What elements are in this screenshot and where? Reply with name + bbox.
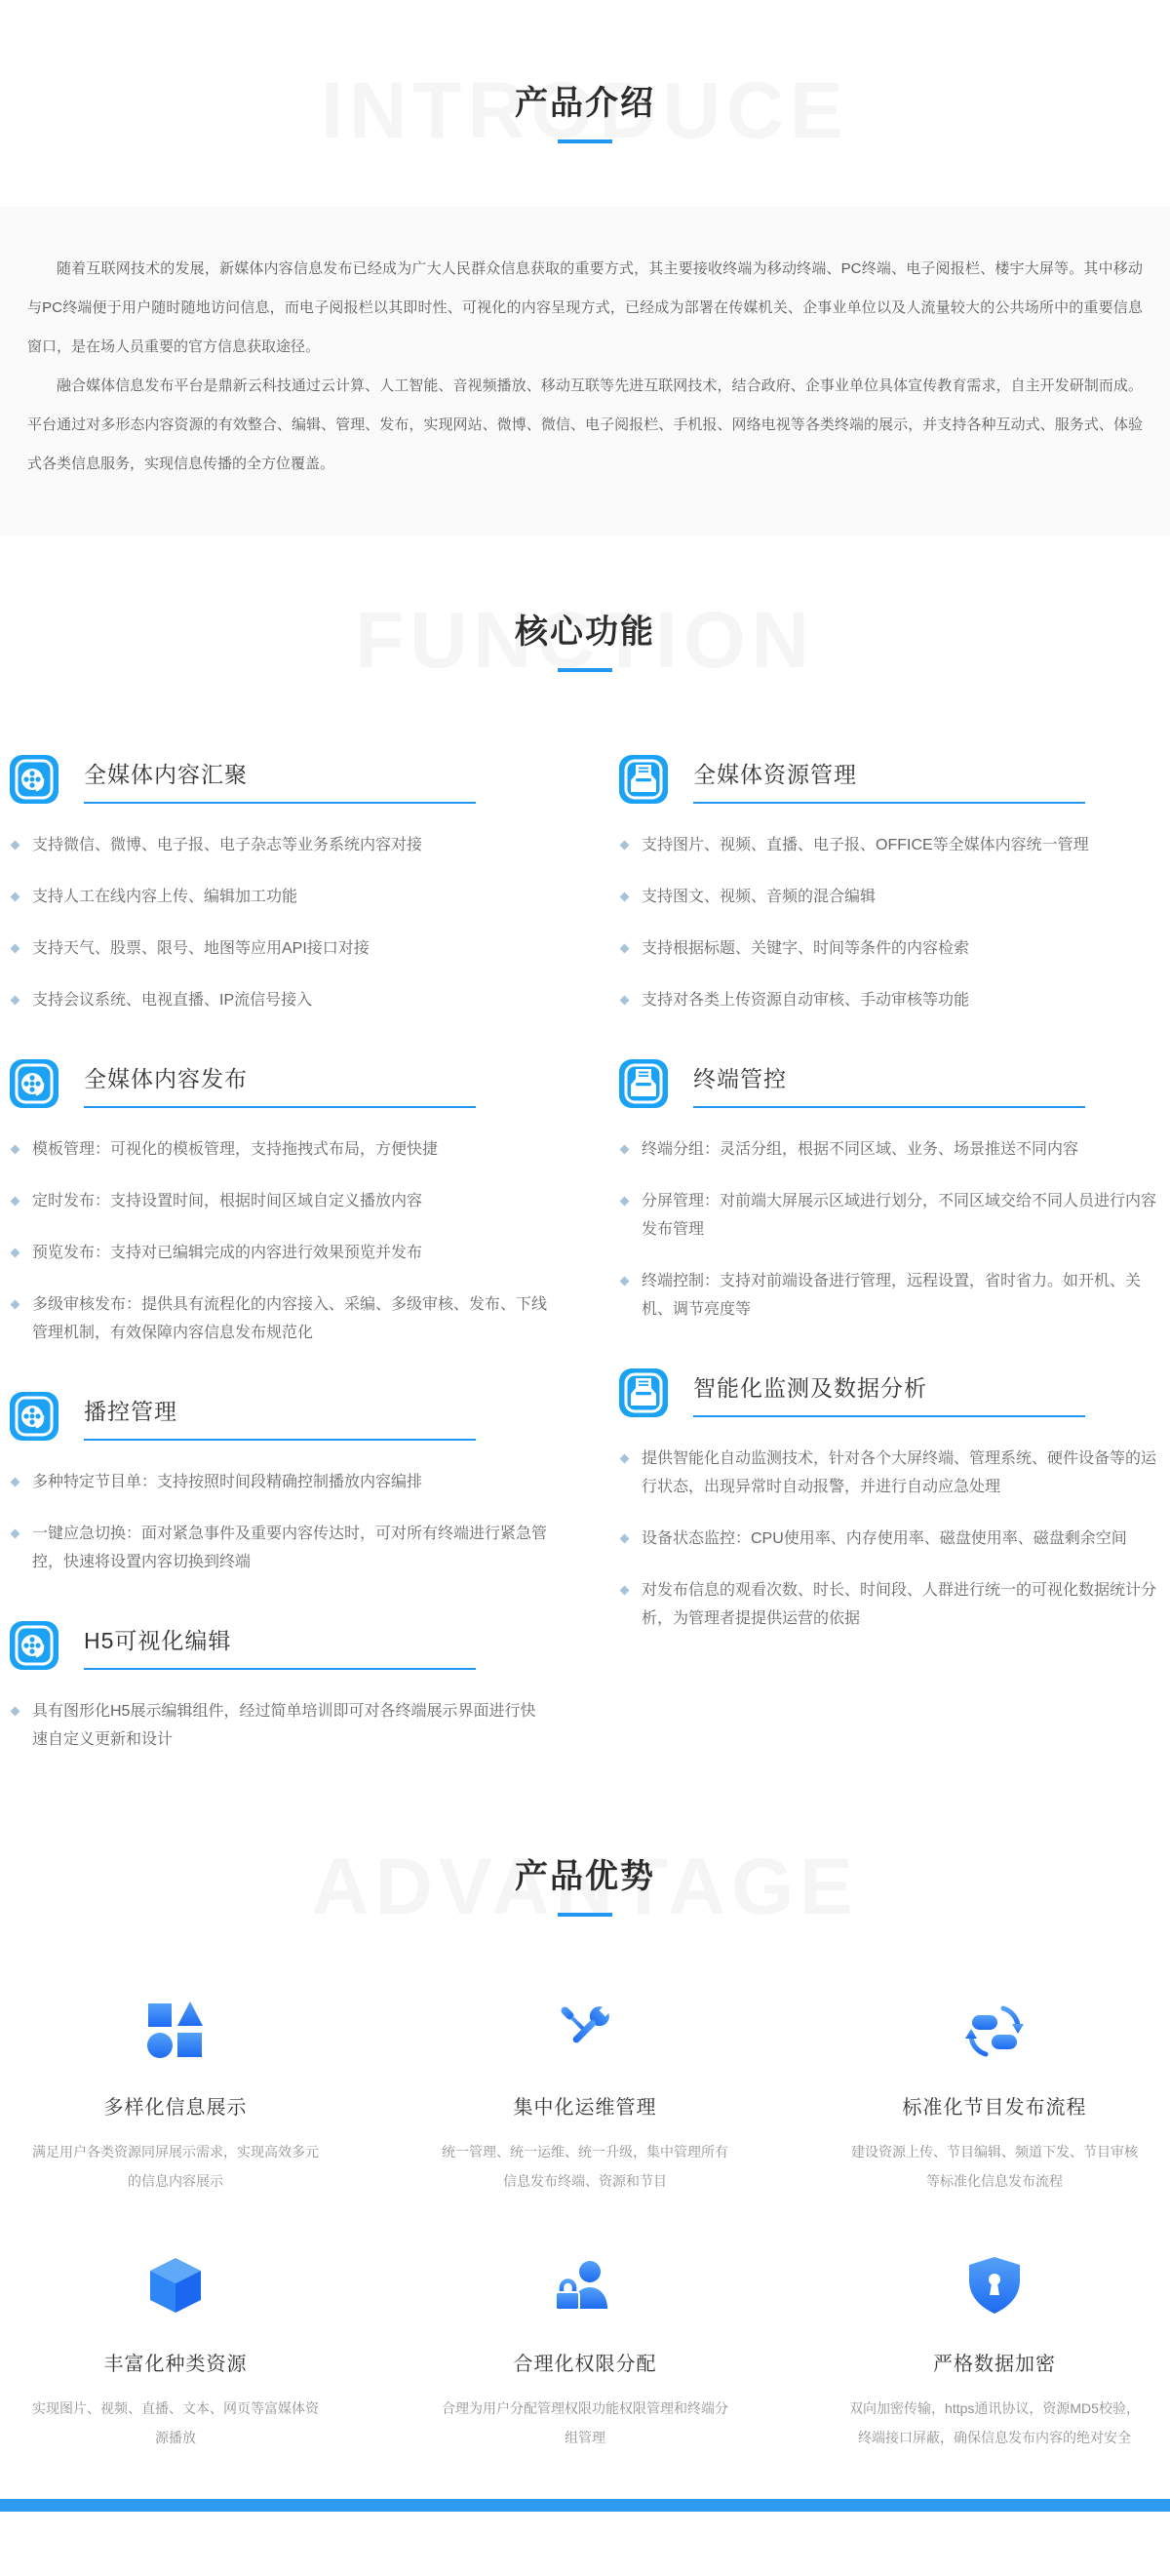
tools-icon — [419, 1996, 751, 2066]
feature-bullet-list: 终端分组：灵活分组，根据不同区域、业务、场景推送不同内容分屏管理：对前端大屏展示… — [619, 1135, 1160, 1324]
cube-icon — [10, 2252, 341, 2322]
diamond-bullet-icon — [620, 1534, 630, 1544]
feature-bullet: 一键应急切换：面对紧急事件及重要内容传达时，可对所有终端进行紧急管控，快速将设置… — [10, 1520, 551, 1576]
printer-icon — [619, 755, 668, 804]
feature-bullet: 定时发布：支持设置时间，根据时间区域自定义播放内容 — [10, 1187, 551, 1215]
advantage-item-permission-allocation: 合理化权限分配 合理为用户分配管理权限功能权限管理和终端分组管理 — [419, 2252, 751, 2452]
feature-header: 终端管控 — [619, 1059, 1085, 1108]
functions-section-header: FUNCTION 核心功能 — [0, 536, 1170, 730]
functions-grid: 全媒体内容汇聚 支持微信、微博、电子报、电子杂志等业务系统内容对接支持人工在线内… — [10, 755, 1160, 1799]
feature-header: 全媒体内容发布 — [10, 1059, 476, 1108]
advantage-title: 严格数据加密 — [829, 2348, 1160, 2376]
diamond-bullet-icon — [11, 1145, 20, 1155]
feature-title: H5可视化编辑 — [84, 1623, 476, 1655]
feature-bullet: 多种特定节目单：支持按照时间段精确控制播放内容编排 — [10, 1468, 551, 1496]
feature-bullet-list: 支持微信、微博、电子报、电子杂志等业务系统内容对接支持人工在线内容上传、编辑加工… — [10, 831, 551, 1014]
feature-bullet: 对发布信息的观看次数、时长、时间段、人群进行统一的可视化数据统计分析，为管理者提… — [619, 1576, 1160, 1633]
feature-block-monitoring-analytics: 智能化监测及数据分析 提供智能化自动监测技术，针对各个大屏终端、管理系统、硬件设… — [619, 1368, 1160, 1633]
diamond-bullet-icon — [11, 996, 20, 1006]
feature-bullet: 具有图形化H5展示编辑组件，经过简单培训即可对各终端展示界面进行快速自定义更新和… — [10, 1697, 551, 1754]
advantage-title: 丰富化种类资源 — [10, 2348, 341, 2376]
intro-section: INTRODUCE 产品介绍 随着互联网技术的发展，新媒体内容信息发布已经成为广… — [0, 0, 1170, 536]
feature-title: 全媒体内容发布 — [84, 1061, 476, 1093]
film-reel-icon — [10, 1621, 58, 1670]
feature-bullet: 终端分组：灵活分组，根据不同区域、业务、场景推送不同内容 — [619, 1135, 1160, 1164]
advantage-title: 多样化信息展示 — [10, 2091, 341, 2120]
feature-bullet-list: 支持图片、视频、直播、电子报、OFFICE等全媒体内容统一管理支持图文、视频、音… — [619, 831, 1160, 1014]
feature-title-underline: 播控管理 — [84, 1394, 476, 1441]
feature-bullet: 支持图片、视频、直播、电子报、OFFICE等全媒体内容统一管理 — [619, 831, 1160, 859]
feature-block-broadcast-control: 播控管理 多种特定节目单：支持按照时间段精确控制播放内容编排一键应急切换：面对紧… — [10, 1392, 551, 1576]
feature-title-underline: 全媒体内容发布 — [84, 1061, 476, 1108]
advantage-title: 集中化运维管理 — [419, 2091, 751, 2120]
intro-paragraph-1: 随着互联网技术的发展，新媒体内容信息发布已经成为广大人民群众信息获取的重要方式，… — [27, 250, 1143, 367]
advantage-title: 合理化权限分配 — [419, 2348, 751, 2376]
feature-bullet: 支持会议系统、电视直播、IP流信号接入 — [10, 986, 551, 1014]
feature-bullet: 支持图文、视频、音频的混合编辑 — [619, 883, 1160, 911]
intro-title-underline — [558, 139, 612, 143]
advantages-section: ADVANTAGE 产品优势 多样化信息展示 满足用户各类资源同屏展示需求，实现… — [0, 1799, 1170, 2452]
feature-title: 终端管控 — [693, 1061, 1085, 1093]
feature-header: 智能化监测及数据分析 — [619, 1368, 1085, 1417]
advantage-item-rich-resources: 丰富化种类资源 实现图片、视频、直播、文本、网页等富媒体资源播放 — [10, 2252, 341, 2452]
functions-right-column: 全媒体资源管理 支持图片、视频、直播、电子报、OFFICE等全媒体内容统一管理支… — [619, 755, 1160, 1799]
feature-bullet: 设备状态监控：CPU使用率、内存使用率、磁盘使用率、磁盘剩余空间 — [619, 1525, 1160, 1553]
advantages-section-header: ADVANTAGE 产品优势 — [0, 1799, 1170, 1962]
diamond-bullet-icon — [11, 1529, 20, 1539]
feature-block-content-publishing: 全媒体内容发布 模板管理：可视化的模板管理，支持拖拽式布局，方便快捷定时发布：支… — [10, 1059, 551, 1347]
advantage-item-data-encryption: 严格数据加密 双向加密传输，https通讯协议，资源MD5校验，终端接口屏蔽，确… — [829, 2252, 1160, 2452]
diamond-bullet-icon — [620, 1277, 630, 1287]
functions-title: 核心功能 — [0, 536, 1170, 653]
feature-block-content-aggregation: 全媒体内容汇聚 支持微信、微博、电子报、电子杂志等业务系统内容对接支持人工在线内… — [10, 755, 551, 1014]
advantages-grid: 多样化信息展示 满足用户各类资源同屏展示需求，实现高效多元的信息内容展示 集中化… — [10, 1996, 1160, 2452]
printer-icon — [619, 1059, 668, 1108]
diamond-bullet-icon — [620, 1586, 630, 1596]
intro-paragraph-2: 融合媒体信息发布平台是鼎新云科技通过云计算、人工智能、音视频播放、移动互联等先进… — [27, 367, 1143, 484]
diamond-bullet-icon — [620, 1145, 630, 1155]
feature-title: 全媒体内容汇聚 — [84, 757, 476, 789]
feature-title-underline: 全媒体资源管理 — [693, 757, 1085, 804]
diamond-bullet-icon — [11, 1707, 20, 1717]
advantage-item-standardized-flow: 标准化节目发布流程 建设资源上传、节目编辑、频道下发、节目审核等标准化信息发布流… — [829, 1996, 1160, 2196]
user-lock-icon — [419, 2252, 751, 2322]
feature-bullet: 支持根据标题、关键字、时间等条件的内容检索 — [619, 934, 1160, 963]
advantage-description: 建设资源上传、节目编辑、频道下发、节目审核等标准化信息发布流程 — [848, 2137, 1141, 2196]
diamond-bullet-icon — [11, 944, 20, 954]
intro-title: 产品介绍 — [0, 0, 1170, 124]
intro-body: 随着互联网技术的发展，新媒体内容信息发布已经成为广大人民群众信息获取的重要方式，… — [0, 207, 1170, 536]
feature-title: 全媒体资源管理 — [693, 757, 1085, 789]
shield-lock-icon — [829, 2252, 1160, 2322]
diamond-bullet-icon — [11, 1248, 20, 1258]
advantages-title-underline — [558, 1913, 612, 1917]
feature-header: 播控管理 — [10, 1392, 476, 1441]
feature-bullet-list: 多种特定节目单：支持按照时间段精确控制播放内容编排一键应急切换：面对紧急事件及重… — [10, 1468, 551, 1576]
diamond-bullet-icon — [620, 996, 630, 1006]
feature-bullet: 支持微信、微博、电子报、电子杂志等业务系统内容对接 — [10, 831, 551, 859]
diamond-bullet-icon — [11, 1478, 20, 1487]
advantage-description: 满足用户各类资源同屏展示需求，实现高效多元的信息内容展示 — [29, 2137, 322, 2196]
advantage-description: 统一管理、统一运维、统一升级，集中管理所有信息发布终端、资源和节目 — [439, 2137, 731, 2196]
functions-title-underline — [558, 668, 612, 672]
advantage-item-centralized-ops: 集中化运维管理 统一管理、统一运维、统一升级，集中管理所有信息发布终端、资源和节… — [419, 1996, 751, 2196]
feature-bullet: 多级审核发布：提供具有流程化的内容接入、采编、多级审核、发布、下线管理机制，有效… — [10, 1290, 551, 1347]
feature-bullet: 支持天气、股票、限号、地图等应用API接口对接 — [10, 934, 551, 963]
film-reel-icon — [10, 1059, 58, 1108]
feature-bullet-list: 具有图形化H5展示编辑组件，经过简单培训即可对各终端展示界面进行快速自定义更新和… — [10, 1697, 551, 1754]
diamond-bullet-icon — [11, 892, 20, 902]
feature-title-underline: 智能化监测及数据分析 — [693, 1370, 1085, 1417]
feature-title: 播控管理 — [84, 1394, 476, 1426]
diamond-bullet-icon — [620, 1454, 630, 1464]
feature-title-underline: 全媒体内容汇聚 — [84, 757, 476, 804]
intro-section-header: INTRODUCE 产品介绍 — [0, 0, 1170, 207]
workflow-cycle-icon — [829, 1996, 1160, 2066]
diamond-bullet-icon — [620, 841, 630, 851]
diamond-bullet-icon — [11, 1300, 20, 1310]
feature-title-underline: H5可视化编辑 — [84, 1623, 476, 1670]
feature-block-resource-management: 全媒体资源管理 支持图片、视频、直播、电子报、OFFICE等全媒体内容统一管理支… — [619, 755, 1160, 1014]
feature-block-h5-editing: H5可视化编辑 具有图形化H5展示编辑组件，经过简单培训即可对各终端展示界面进行… — [10, 1621, 551, 1754]
advantage-title: 标准化节目发布流程 — [829, 2091, 1160, 2120]
feature-header: 全媒体内容汇聚 — [10, 755, 476, 804]
advantage-description: 实现图片、视频、直播、文本、网页等富媒体资源播放 — [29, 2394, 322, 2452]
feature-title: 智能化监测及数据分析 — [693, 1370, 1085, 1403]
advantage-description: 合理为用户分配管理权限功能权限管理和终端分组管理 — [439, 2394, 731, 2452]
film-reel-icon — [10, 1392, 58, 1441]
diamond-bullet-icon — [620, 944, 630, 954]
advantage-item-diverse-display: 多样化信息展示 满足用户各类资源同屏展示需求，实现高效多元的信息内容展示 — [10, 1996, 341, 2196]
functions-section: FUNCTION 核心功能 全媒体内容汇聚 支持微信、微博、电子报、电子杂志等业… — [0, 536, 1170, 1799]
feature-bullet: 支持对各类上传资源自动审核、手动审核等功能 — [619, 986, 1160, 1014]
footer-bar — [0, 2499, 1170, 2512]
diamond-bullet-icon — [11, 841, 20, 851]
shapes-icon — [10, 1996, 341, 2066]
diamond-bullet-icon — [11, 1197, 20, 1207]
feature-bullet-list: 提供智能化自动监测技术，针对各个大屏终端、管理系统、硬件设备等的运行状态，出现异… — [619, 1445, 1160, 1633]
feature-bullet: 提供智能化自动监测技术，针对各个大屏终端、管理系统、硬件设备等的运行状态，出现异… — [619, 1445, 1160, 1501]
functions-left-column: 全媒体内容汇聚 支持微信、微博、电子报、电子杂志等业务系统内容对接支持人工在线内… — [10, 755, 551, 1799]
feature-bullet: 模板管理：可视化的模板管理，支持拖拽式布局，方便快捷 — [10, 1135, 551, 1164]
feature-bullet: 预览发布：支持对已编辑完成的内容进行效果预览并发布 — [10, 1239, 551, 1267]
feature-title-underline: 终端管控 — [693, 1061, 1085, 1108]
feature-bullet: 支持人工在线内容上传、编辑加工功能 — [10, 883, 551, 911]
feature-bullet-list: 模板管理：可视化的模板管理，支持拖拽式布局，方便快捷定时发布：支持设置时间，根据… — [10, 1135, 551, 1347]
diamond-bullet-icon — [620, 892, 630, 902]
feature-bullet: 终端控制：支持对前端设备进行管理，远程设置，省时省力。如开机、关机、调节亮度等 — [619, 1267, 1160, 1324]
diamond-bullet-icon — [620, 1197, 630, 1207]
advantages-title: 产品优势 — [0, 1799, 1170, 1897]
feature-bullet: 分屏管理：对前端大屏展示区域进行划分，不同区域交给不同人员进行内容发布管理 — [619, 1187, 1160, 1244]
printer-icon — [619, 1368, 668, 1417]
advantage-description: 双向加密传输，https通讯协议，资源MD5校验，终端接口屏蔽，确保信息发布内容… — [848, 2394, 1141, 2452]
feature-block-terminal-control: 终端管控 终端分组：灵活分组，根据不同区域、业务、场景推送不同内容分屏管理：对前… — [619, 1059, 1160, 1324]
feature-header: H5可视化编辑 — [10, 1621, 476, 1670]
film-reel-icon — [10, 755, 58, 804]
feature-header: 全媒体资源管理 — [619, 755, 1085, 804]
